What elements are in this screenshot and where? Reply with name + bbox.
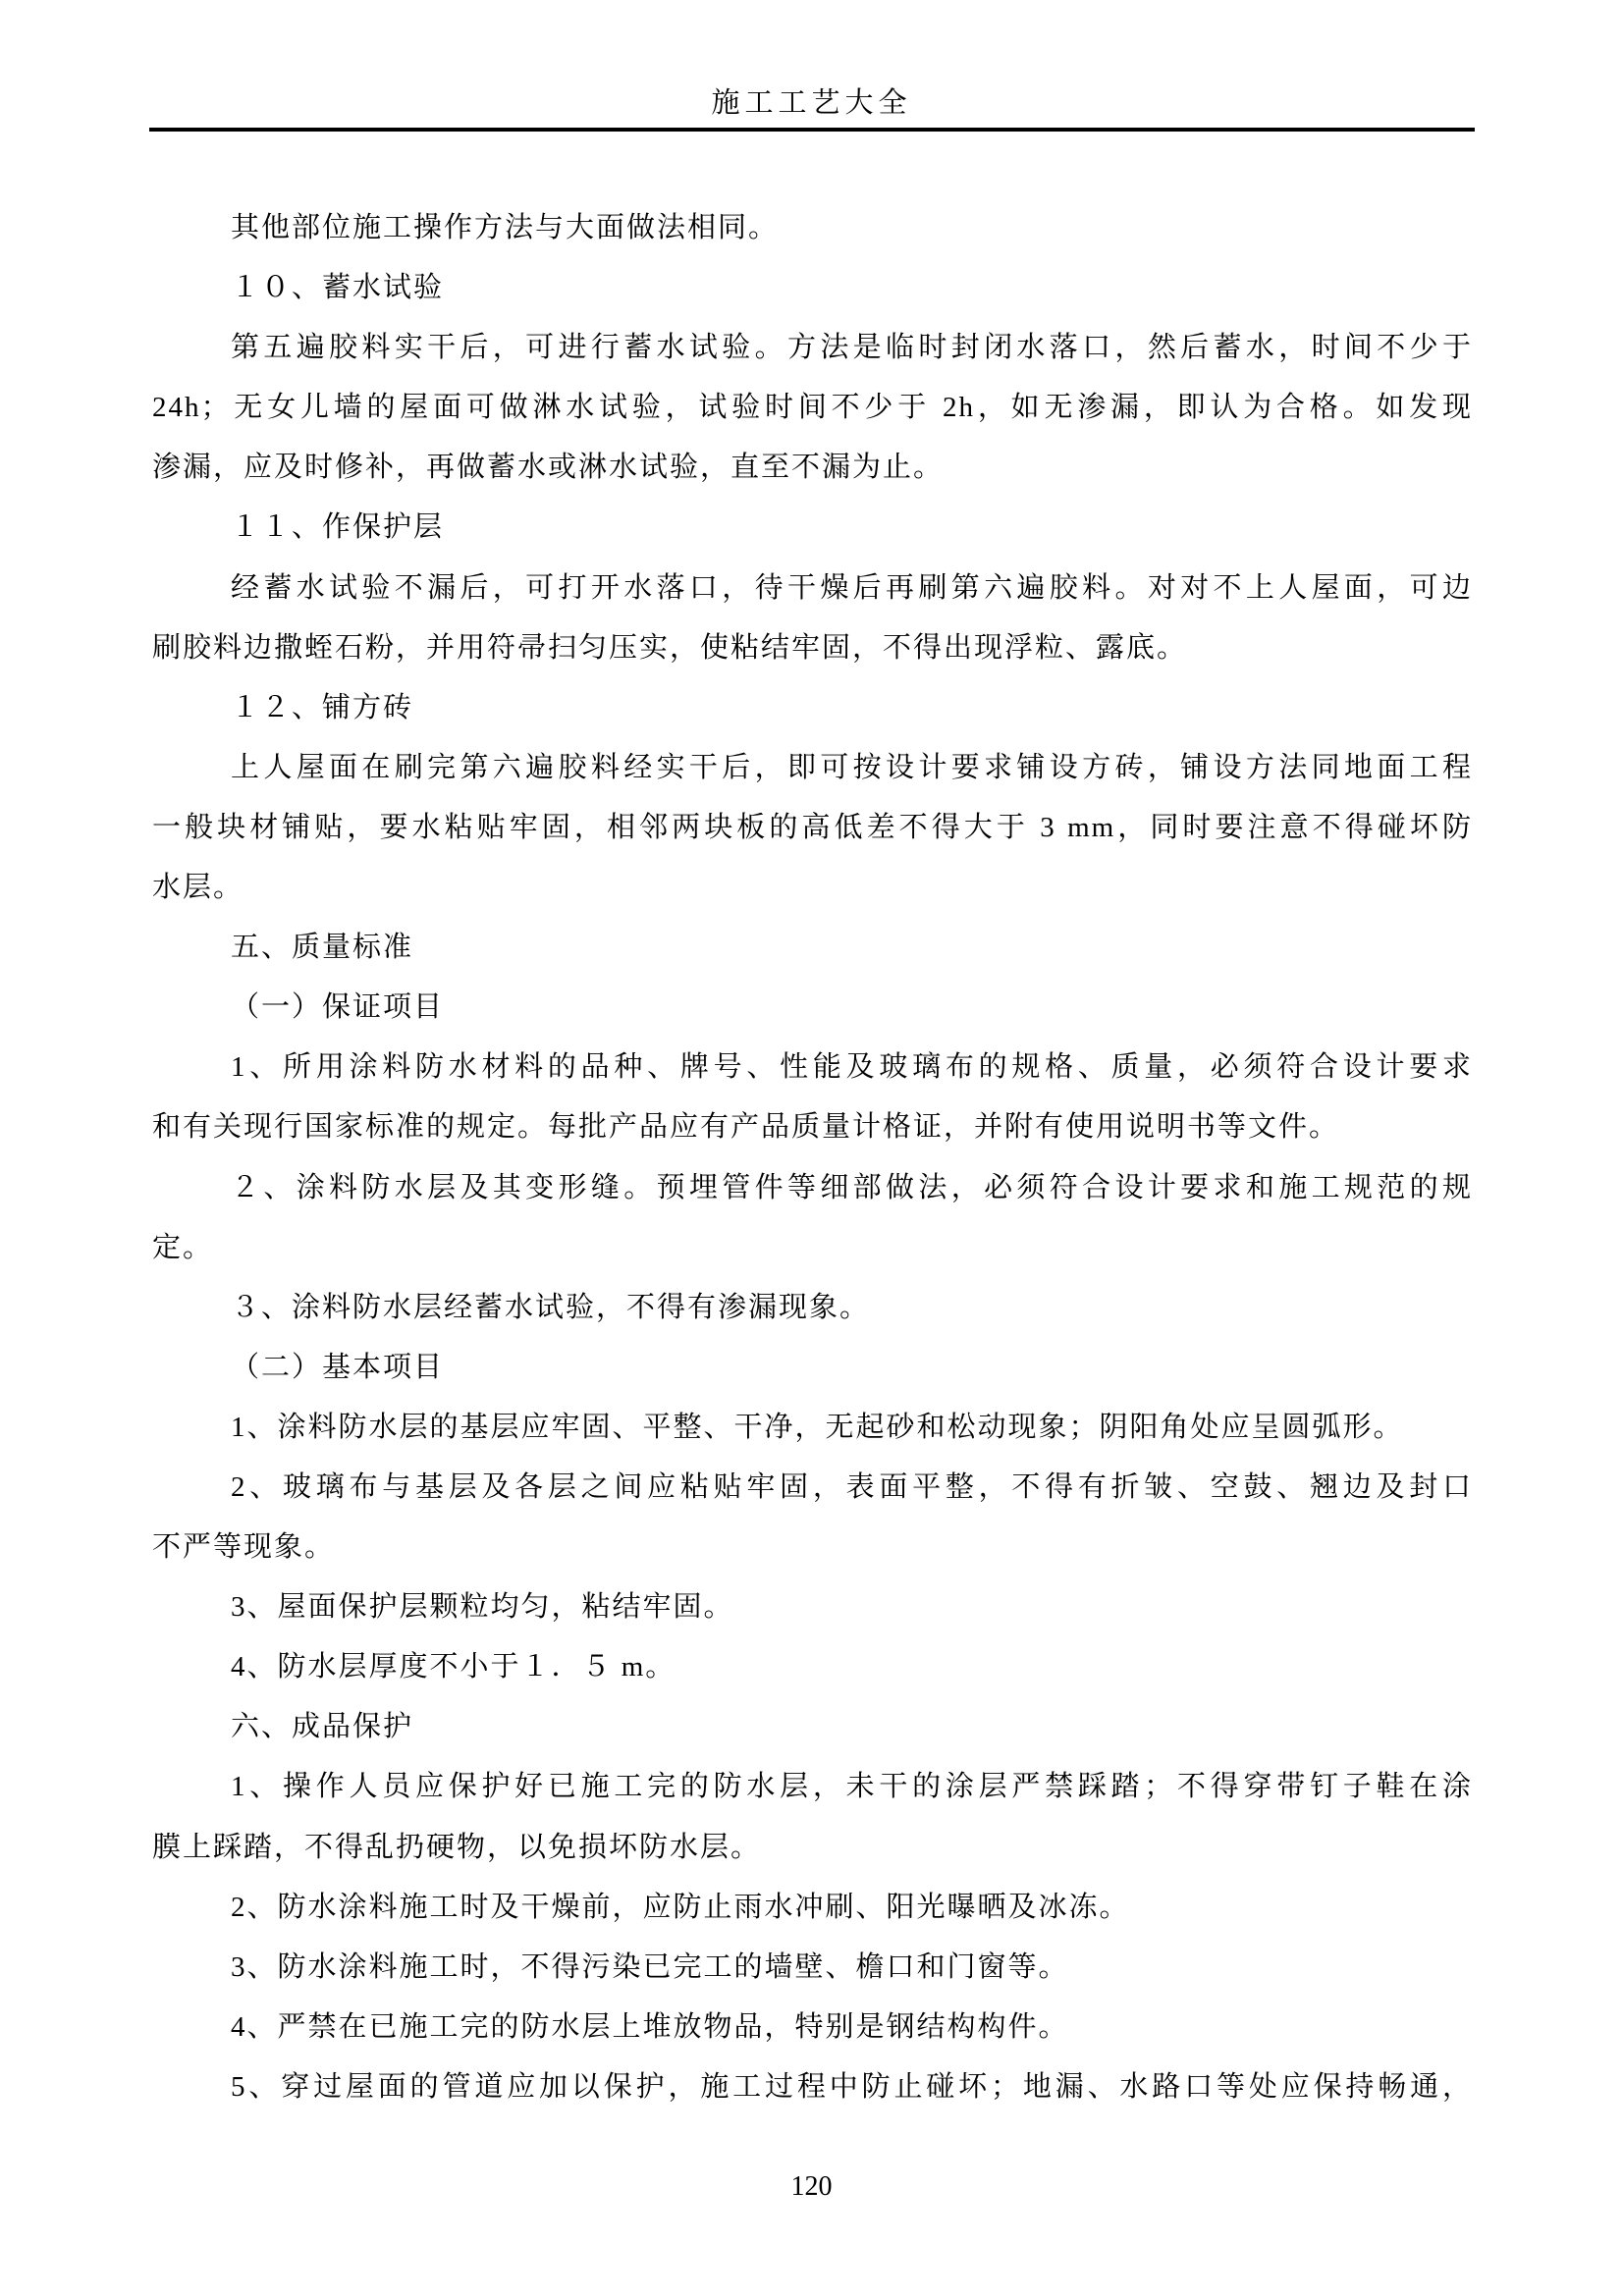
document-page: 施工工艺大全 其他部位施工操作方法与大面做法相同。１０、蓄水试验第五遍胶料实干后… xyxy=(0,0,1623,2296)
header-divider-rule xyxy=(149,128,1475,132)
page-number: 120 xyxy=(791,2171,833,2202)
text-line: 定。 xyxy=(152,1218,1473,1278)
text-line: 其他部位施工操作方法与大面做法相同。 xyxy=(152,198,1473,258)
text-line: 3、防水涂料施工时，不得污染已完工的墙壁、檐口和门窗等。 xyxy=(152,1938,1473,1998)
text-line: （二）基本项目 xyxy=(152,1338,1473,1398)
text-line: １１、作保护层 xyxy=(152,498,1473,558)
text-line: 4、防水层厚度不小于１．５ m。 xyxy=(152,1637,1473,1697)
text-line: 1、操作人员应保护好已施工完的防水层，未干的涂层严禁踩踏；不得穿带钉子鞋在涂 xyxy=(152,1757,1473,1817)
text-line: 2、防水涂料施工时及干燥前，应防止雨水冲刷、阳光曝晒及冰冻。 xyxy=(152,1878,1473,1938)
text-line: 膜上踩踏，不得乱扔硬物，以免损坏防水层。 xyxy=(152,1818,1473,1878)
text-line: １２、铺方砖 xyxy=(152,678,1473,738)
text-line: 4、严禁在已施工完的防水层上堆放物品，特别是钢结构构件。 xyxy=(152,1998,1473,2057)
text-line: 和有关现行国家标准的规定。每批产品应有产品质量计格证，并附有使用说明书等文件。 xyxy=(152,1097,1473,1157)
text-line: 一般块材铺贴，要水粘贴牢固，相邻两块板的高低差不得大于 3 mm，同时要注意不得… xyxy=(152,798,1473,858)
text-line: 经蓄水试验不漏后，可打开水落口，待干燥后再刷第六遍胶料。对对不上人屋面，可边 xyxy=(152,559,1473,618)
text-line: 第五遍胶料实干后，可进行蓄水试验。方法是临时封闭水落口，然后蓄水，时间不少于 xyxy=(152,318,1473,378)
document-body: 其他部位施工操作方法与大面做法相同。１０、蓄水试验第五遍胶料实干后，可进行蓄水试… xyxy=(152,198,1473,2117)
text-line: 刷胶料边撒蛭石粉，并用符帚扫匀压实，使粘结牢固，不得出现浮粒、露底。 xyxy=(152,618,1473,678)
text-line: 3、屋面保护层颗粒均匀，粘结牢固。 xyxy=(152,1577,1473,1637)
text-line: 水层。 xyxy=(152,858,1473,918)
text-line: 不严等现象。 xyxy=(152,1518,1473,1577)
text-line: 5、穿过屋面的管道应加以保护，施工过程中防止碰坏；地漏、水路口等处应保持畅通， xyxy=(152,2057,1473,2117)
page-footer: 120 xyxy=(0,2171,1623,2203)
text-line: １０、蓄水试验 xyxy=(152,258,1473,318)
text-line: 1、所用涂料防水材料的品种、牌号、性能及玻璃布的规格、质量，必须符合设计要求 xyxy=(152,1038,1473,1097)
page-header-title: 施工工艺大全 xyxy=(0,80,1623,121)
text-line: ３、涂料防水层经蓄水试验，不得有渗漏现象。 xyxy=(152,1278,1473,1338)
text-line: 五、质量标准 xyxy=(152,918,1473,978)
text-line: 24h；无女儿墙的屋面可做淋水试验，试验时间不少于 2h，如无渗漏，即认为合格。… xyxy=(152,378,1473,438)
text-line: 2、玻璃布与基层及各层之间应粘贴牢固，表面平整，不得有折皱、空鼓、翘边及封口 xyxy=(152,1458,1473,1518)
text-line: 六、成品保护 xyxy=(152,1697,1473,1757)
text-line: 上人屋面在刷完第六遍胶料经实干后，即可按设计要求铺设方砖，铺设方法同地面工程 xyxy=(152,738,1473,798)
text-line: （一）保证项目 xyxy=(152,978,1473,1038)
text-line: 1、涂料防水层的基层应牢固、平整、干净，无起砂和松动现象；阴阳角处应呈圆弧形。 xyxy=(152,1398,1473,1458)
text-line: ２、涂料防水层及其变形缝。预埋管件等细部做法，必须符合设计要求和施工规范的规 xyxy=(152,1158,1473,1218)
text-line: 渗漏，应及时修补，再做蓄水或淋水试验，直至不漏为止。 xyxy=(152,438,1473,498)
